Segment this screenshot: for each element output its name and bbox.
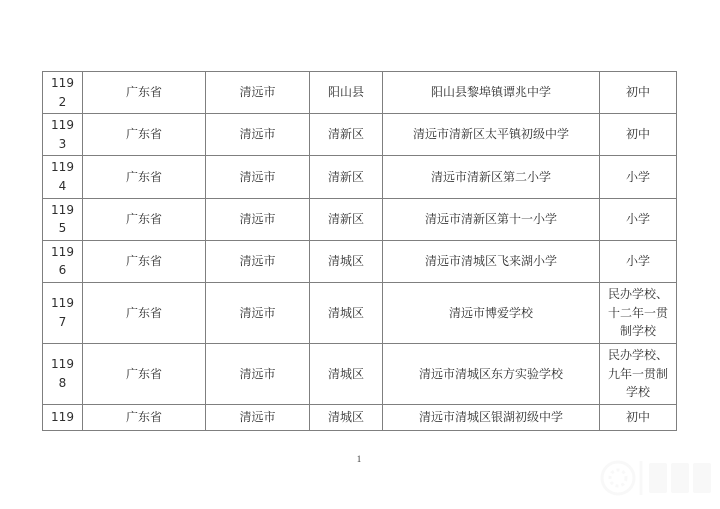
cell-type: 小学 [600,156,677,198]
cell-type: 初中 [600,114,677,156]
row-number-line: 3 [46,135,79,154]
cell-row-number: 1198 [43,343,83,404]
row-number-line: 119 [46,294,79,313]
cell-type: 民办学校、十二年一贯制学校 [600,282,677,343]
row-number-line: 119 [46,116,79,135]
cell-city: 清远市 [206,114,310,156]
table-row: 1196广东省清远市清城区清远市清城区飞来湖小学小学 [43,240,677,282]
cell-district: 清城区 [310,343,383,404]
cell-row-number: 1192 [43,72,83,114]
cell-province: 广东省 [83,72,206,114]
table-body: 1192广东省清远市阳山县阳山县黎埠镇谭兆中学初中1193广东省清远市清新区清远… [43,72,677,431]
cell-type: 初中 [600,404,677,430]
cell-row-number: 119 [43,404,83,430]
cell-city: 清远市 [206,343,310,404]
row-number-line: 8 [46,374,79,393]
cell-school: 清远市清新区第十一小学 [383,198,600,240]
cell-school: 清远市博爱学校 [383,282,600,343]
cell-row-number: 1197 [43,282,83,343]
cell-school: 清远市清新区第二小学 [383,156,600,198]
row-number-line: 119 [46,355,79,374]
cell-province: 广东省 [83,282,206,343]
cell-district: 清新区 [310,114,383,156]
cell-city: 清远市 [206,282,310,343]
table-row: 1198广东省清远市清城区清远市清城区东方实验学校民办学校、九年一贯制学校 [43,343,677,404]
cell-district: 清城区 [310,404,383,430]
cell-province: 广东省 [83,343,206,404]
cell-type: 初中 [600,72,677,114]
table-row: 1192广东省清远市阳山县阳山县黎埠镇谭兆中学初中 [43,72,677,114]
cell-school: 清远市清城区银湖初级中学 [383,404,600,430]
cell-province: 广东省 [83,198,206,240]
cell-city: 清远市 [206,240,310,282]
row-number-line: 119 [46,201,79,220]
cell-school: 阳山县黎埠镇谭兆中学 [383,72,600,114]
cell-type: 小学 [600,198,677,240]
table-row: 1197广东省清远市清城区清远市博爱学校民办学校、十二年一贯制学校 [43,282,677,343]
cell-row-number: 1193 [43,114,83,156]
cell-city: 清远市 [206,198,310,240]
cell-city: 清远市 [206,156,310,198]
table-row: 1195广东省清远市清新区清远市清新区第十一小学小学 [43,198,677,240]
row-number-line: 119 [46,158,79,177]
cell-type: 民办学校、九年一贯制学校 [600,343,677,404]
cell-district: 清新区 [310,198,383,240]
cell-district: 清城区 [310,282,383,343]
row-number-line: 7 [46,313,79,332]
cell-province: 广东省 [83,156,206,198]
cell-province: 广东省 [83,240,206,282]
cell-type: 小学 [600,240,677,282]
cell-district: 阳山县 [310,72,383,114]
cell-city: 清远市 [206,72,310,114]
row-number-line: 6 [46,261,79,280]
cell-district: 清新区 [310,156,383,198]
row-number-line: 119 [46,408,79,427]
cell-school: 清远市清城区飞来湖小学 [383,240,600,282]
page-number: 1 [42,454,676,464]
table-row: 1194广东省清远市清新区清远市清新区第二小学小学 [43,156,677,198]
table-row: 119广东省清远市清城区清远市清城区银湖初级中学初中 [43,404,677,430]
row-number-line: 119 [46,243,79,262]
row-number-line: 119 [46,74,79,93]
cell-province: 广东省 [83,114,206,156]
cell-row-number: 1195 [43,198,83,240]
cell-school: 清远市清城区东方实验学校 [383,343,600,404]
table-row: 1193广东省清远市清新区清远市清新区太平镇初级中学初中 [43,114,677,156]
school-list-table: 1192广东省清远市阳山县阳山县黎埠镇谭兆中学初中1193广东省清远市清新区清远… [42,71,677,431]
row-number-line: 5 [46,219,79,238]
cell-city: 清远市 [206,404,310,430]
document-page: 1192广东省清远市阳山县阳山县黎埠镇谭兆中学初中1193广东省清远市清新区清远… [0,0,720,509]
cell-row-number: 1194 [43,156,83,198]
cell-school: 清远市清新区太平镇初级中学 [383,114,600,156]
cell-province: 广东省 [83,404,206,430]
cell-row-number: 1196 [43,240,83,282]
row-number-line: 2 [46,93,79,112]
row-number-line: 4 [46,177,79,196]
cell-district: 清城区 [310,240,383,282]
